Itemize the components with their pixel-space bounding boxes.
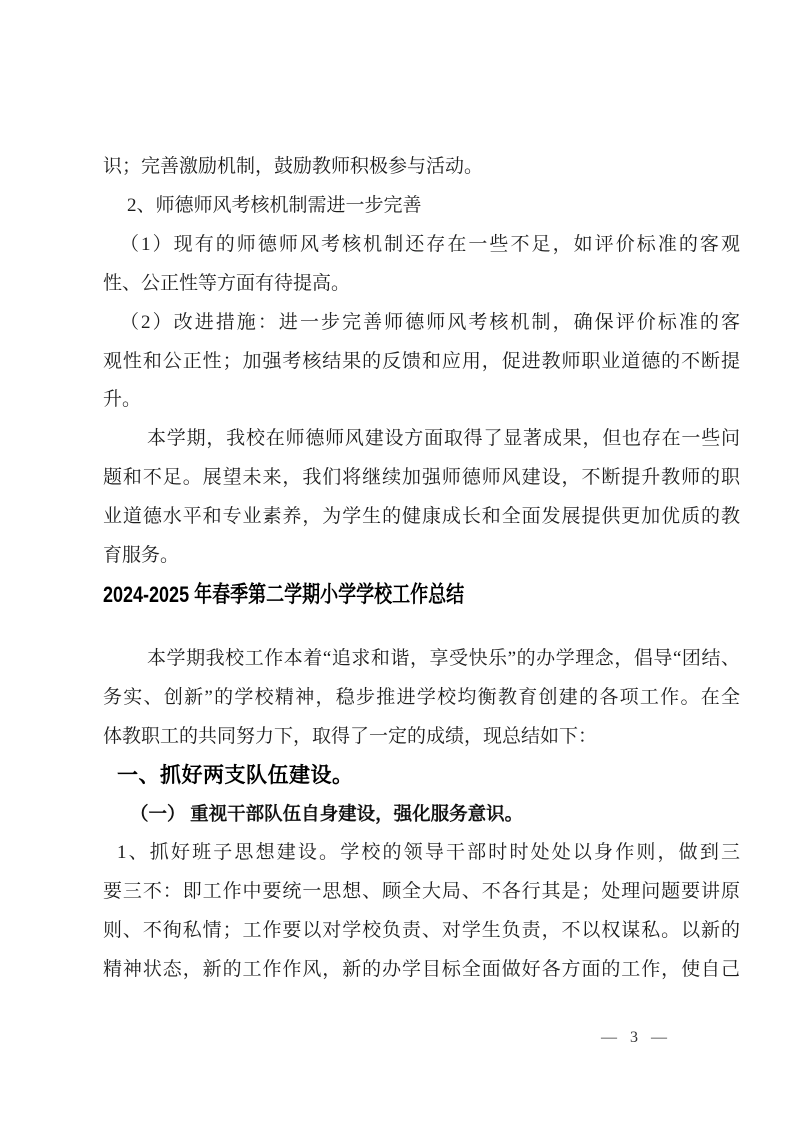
- text-line: 务实、创新”的学校精神，稳步推进学校均衡教育创建的各项工作。在全: [103, 679, 740, 718]
- text-line: 则、不徇私情；工作要以对学校负责、对学生负责，不以权谋私。以新的: [103, 912, 740, 951]
- text-line: （2）改进措施：进一步完善师德师风考核机制，确保评价标准的客: [103, 304, 740, 343]
- subsection-heading: （一） 重视干部队伍自身建设，强化服务意识。: [103, 796, 740, 835]
- text-line: 业道德水平和专业素养，为学生的健康成长和全面发展提供更加优质的教: [103, 498, 740, 537]
- text-line: 升。: [103, 381, 740, 420]
- text-line: 育服务。: [103, 537, 740, 576]
- text-line: 2、师德师风考核机制需进一步完善: [103, 187, 740, 226]
- text-line: 精神状态，新的工作作风，新的办学目标全面做好各方面的工作，使自己: [103, 951, 740, 990]
- text-line: 题和不足。展望未来，我们将继续加强师德师风建设，不断提升教师的职: [103, 459, 740, 498]
- text-line: 本学期，我校在师德师风建设方面取得了显著成果，但也存在一些问: [103, 420, 740, 459]
- document-content: 识；完善激励机制，鼓励教师积极参与活动。2、师德师风考核机制需进一步完善（1）现…: [103, 148, 740, 990]
- a4-page: 识；完善激励机制，鼓励教师积极参与活动。2、师德师风考核机制需进一步完善（1）现…: [0, 0, 794, 1122]
- document-title: 2024-2025 年春季第二学期小学学校工作总结: [103, 576, 613, 615]
- text-line: 性、公正性等方面有待提高。: [103, 265, 740, 304]
- text-line: 观性和公正性；加强考核结果的反馈和应用，促进教师职业道德的不断提: [103, 343, 740, 382]
- text-line: 1、抓好班子思想建设。学校的领导干部时时处处以身作则，做到三: [103, 834, 740, 873]
- text-line: 要三不：即工作中要统一思想、顾全大局、不各行其是；处理问题要讲原: [103, 873, 740, 912]
- page-number: — 3 —: [601, 1028, 669, 1048]
- text-line: （1）现有的师德师风考核机制还存在一些不足，如评价标准的客观: [103, 226, 740, 265]
- section-heading: 一、抓好两支队伍建设。: [103, 757, 740, 796]
- text-line: 本学期我校工作本着“追求和谐，享受快乐”的办学理念，倡导“团结、: [103, 640, 740, 679]
- text-line: 体教职工的共同努力下，取得了一定的成绩，现总结如下：: [103, 718, 740, 757]
- text-line: 识；完善激励机制，鼓励教师积极参与活动。: [103, 148, 740, 187]
